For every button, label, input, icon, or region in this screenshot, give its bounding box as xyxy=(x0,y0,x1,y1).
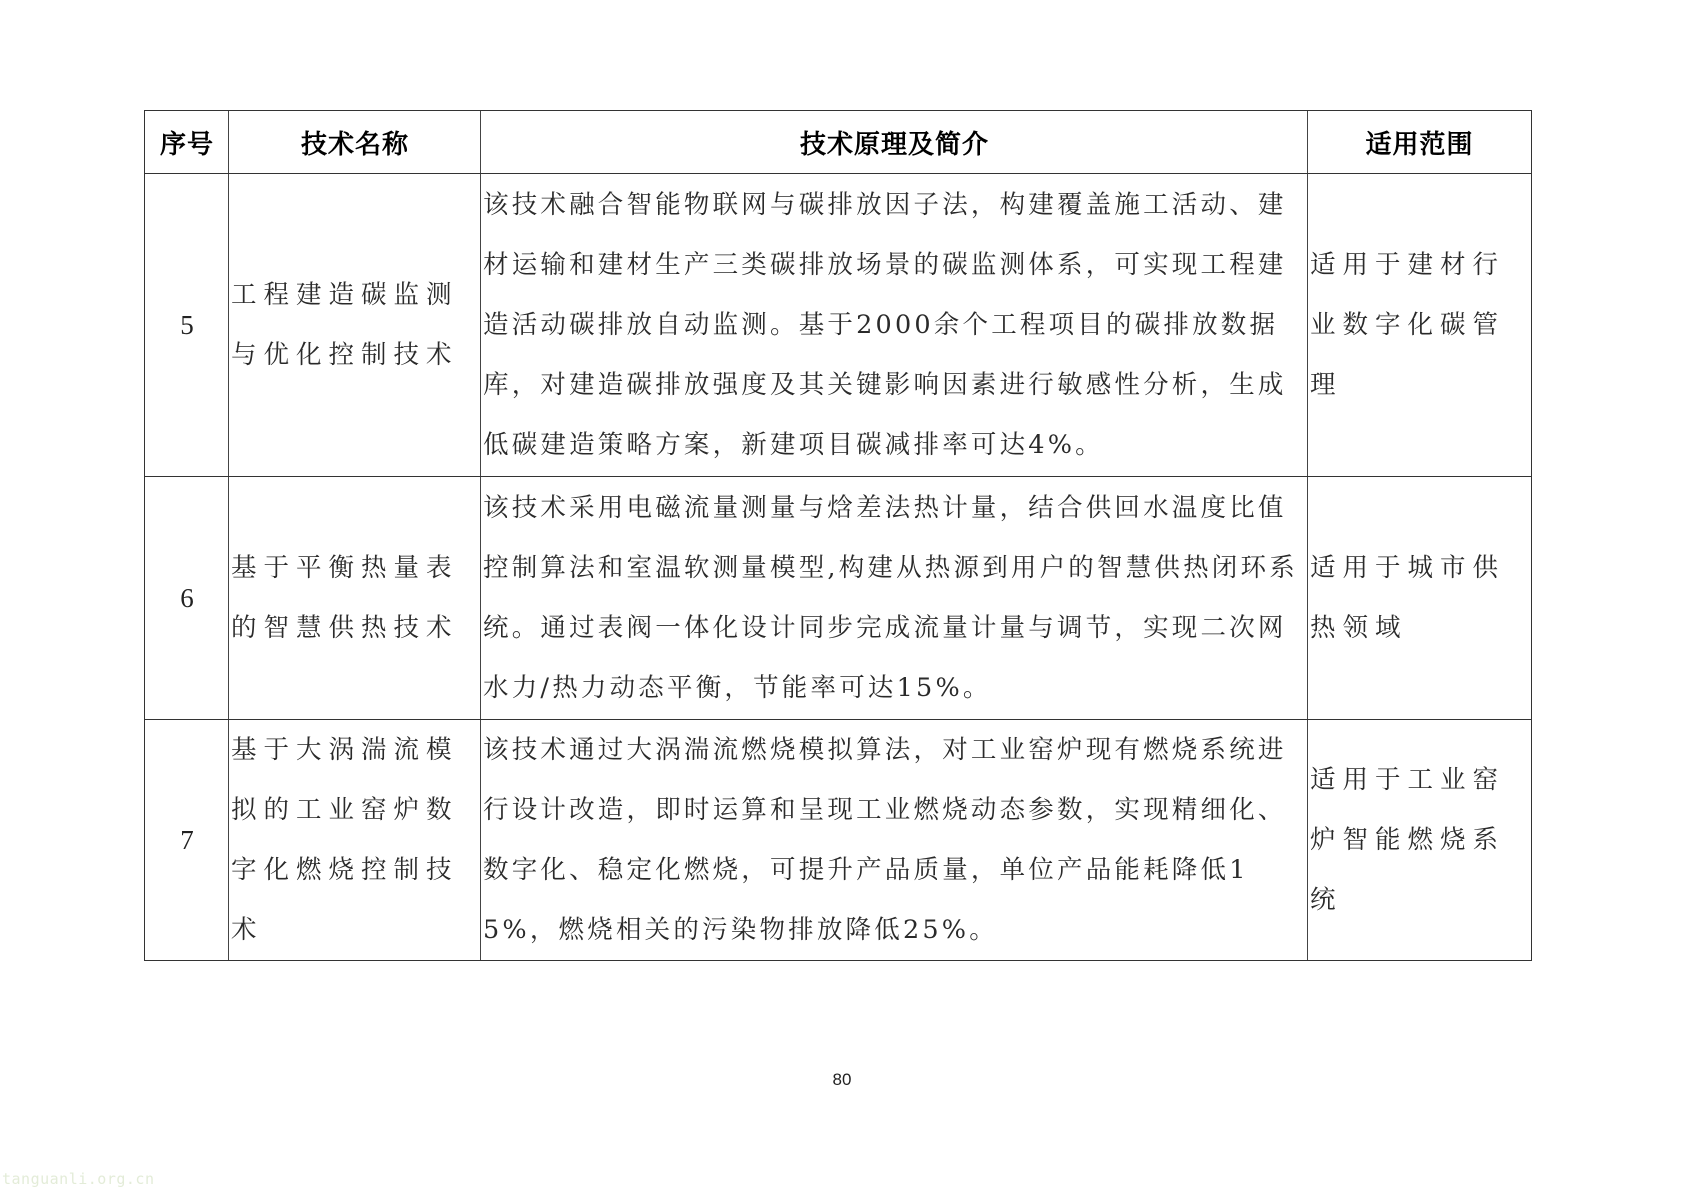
header-tech-name: 技术名称 xyxy=(229,111,481,174)
watermark: tanguanli.org.cn xyxy=(2,1170,155,1188)
tech-name: 工程建造碳监测与优化控制技术 xyxy=(229,174,481,476)
tech-name-text: 工程建造碳监测与优化控制技术 xyxy=(231,265,481,385)
tech-scope: 适用于工业窑炉智能燃烧系统 xyxy=(1308,720,1531,960)
tech-name: 基于平衡热量表的智慧供热技术 xyxy=(229,477,481,719)
row-index: 5 xyxy=(145,174,229,476)
tech-scope-text: 适用于建材行业数字化碳管理 xyxy=(1310,235,1531,415)
tech-description: 该技术采用电磁流量测量与焓差法热计量，结合供回水温度比值控制算法和室温软测量模型… xyxy=(481,477,1308,719)
tech-name-text: 基于平衡热量表的智慧供热技术 xyxy=(231,538,481,658)
tech-scope-text: 适用于工业窑炉智能燃烧系统 xyxy=(1310,750,1531,930)
header-index: 序号 xyxy=(145,111,229,174)
tech-description: 该技术通过大涡湍流燃烧模拟算法，对工业窑炉现有燃烧系统进行设计改造，即时运算和呈… xyxy=(481,720,1308,960)
tech-description-text: 该技术采用电磁流量测量与焓差法热计量，结合供回水温度比值控制算法和室温软测量模型… xyxy=(483,478,1308,718)
tech-description-text: 该技术融合智能物联网与碳排放因子法，构建覆盖施工活动、建材运输和建材生产三类碳排… xyxy=(483,175,1308,475)
row-index: 6 xyxy=(145,477,229,719)
tech-description-text: 该技术通过大涡湍流燃烧模拟算法，对工业窑炉现有燃烧系统进行设计改造，即时运算和呈… xyxy=(483,720,1308,960)
technology-table: 序号 技术名称 技术原理及简介 适用范围 5 工程建造碳监测与优化控制技术 该技… xyxy=(144,110,1532,961)
tech-name-text: 基于大涡湍流模拟的工业窑炉数字化燃烧控制技术 xyxy=(231,720,481,960)
header-scope: 适用范围 xyxy=(1308,111,1531,174)
header-tech-principle: 技术原理及简介 xyxy=(481,111,1308,174)
page-number: 80 xyxy=(825,1070,859,1090)
tech-name: 基于大涡湍流模拟的工业窑炉数字化燃烧控制技术 xyxy=(229,720,481,960)
row-index: 7 xyxy=(145,720,229,960)
tech-scope-text: 适用于城市供热领域 xyxy=(1310,538,1531,658)
tech-scope: 适用于建材行业数字化碳管理 xyxy=(1308,174,1531,476)
tech-description: 该技术融合智能物联网与碳排放因子法，构建覆盖施工活动、建材运输和建材生产三类碳排… xyxy=(481,174,1308,476)
tech-scope: 适用于城市供热领域 xyxy=(1308,477,1531,719)
